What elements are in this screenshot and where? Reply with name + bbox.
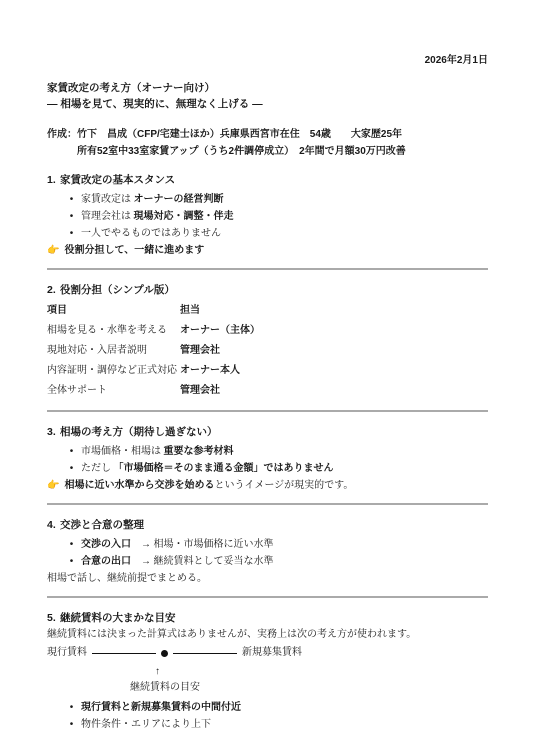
section-4-note: 相場で話し、継続前提でまとめる。 xyxy=(47,570,488,587)
role-table: 項目 担当 相場を見る・水準を考える オーナー（主体） 現地対応・入居者説明 管… xyxy=(47,301,488,401)
table-header-item: 項目 xyxy=(47,301,180,321)
section-title: 役割分担（シンプル版） xyxy=(60,284,175,296)
list-item-text: 交渉の入口 → 相場・市場価格に近い水準 xyxy=(77,536,274,553)
scale-caption: 継続賃料の目安 xyxy=(130,680,488,696)
bullet-marker: • xyxy=(66,225,77,242)
bullet-marker: • xyxy=(66,553,77,570)
section-title: 継続賃料の大まかな目安 xyxy=(60,612,176,624)
author-line-2: 所有52室中33室家賃アップ（うち2件調停成立） 2年間で月額30万円改善 xyxy=(47,143,488,160)
section-4-list: • 交渉の入口 → 相場・市場価格に近い水準 • 合意の出口 → 継続賃料として… xyxy=(47,536,488,570)
section-1-list: • 家賃改定は オーナーの経営判断 • 管理会社は 現場対応・調整・伴走 • 一… xyxy=(47,191,488,242)
list-item: • 一人でやるものではありません xyxy=(47,225,488,242)
table-header-owner: 担当 xyxy=(180,301,488,321)
pointing-finger-icon: 👉 xyxy=(47,480,59,491)
table-cell-owner: オーナー本人 xyxy=(180,361,488,381)
table-cell-item: 現地対応・入居者説明 xyxy=(47,341,180,361)
section-5-intro: 継続賃料には決まった計算式はありませんが、実務上は次の考え方が使われます。 xyxy=(47,626,488,643)
section-title: 交渉と合意の整理 xyxy=(60,519,144,531)
section-2-heading: 2.役割分担（シンプル版） xyxy=(47,282,488,298)
section-number: 5. xyxy=(47,610,60,626)
bullet-marker: • xyxy=(66,460,77,477)
pointer-note: 👉相場に近い水準から交渉を始めるというイメージが現実的です。 xyxy=(47,477,488,494)
list-item-text: 家賃改定は オーナーの経営判断 xyxy=(77,191,224,208)
scale-line-segment xyxy=(173,653,237,654)
section-divider xyxy=(47,268,488,270)
section-5-list: • 現行賃料と新規募集賃料の中間付近 • 物件条件・エリアにより上下 xyxy=(47,699,488,733)
section-title: 相場の考え方（期待し過ぎない） xyxy=(60,426,218,438)
pointer-note: 👉役割分担して、一緒に進めます xyxy=(47,242,488,259)
section-number: 2. xyxy=(47,282,60,298)
bullet-marker: • xyxy=(66,699,77,716)
section-number: 1. xyxy=(47,172,60,188)
scale-line-segment xyxy=(92,653,156,654)
author-line-1: 作成：竹下 昌成（CFP/宅建士ほか）兵庫県西宮市在住 54歳 大家歴25年 xyxy=(47,126,488,143)
section-3-list: • 市場価格・相場は 重要な参考材料 • ただし 「市場価格＝そのまま通る金額」… xyxy=(47,443,488,477)
bullet-marker: • xyxy=(66,208,77,225)
list-item-text: 市場価格・相場は 重要な参考材料 xyxy=(77,443,234,460)
section-number: 3. xyxy=(47,424,60,440)
list-item: • 現行賃料と新規募集賃料の中間付近 xyxy=(47,699,488,716)
table-cell-owner: 管理会社 xyxy=(180,341,488,361)
document-page: 2026年2月1日 家賃改定の考え方（オーナー向け） ― 相場を見て、現実的に、… xyxy=(0,0,535,751)
list-item-text: 管理会社は 現場対応・調整・伴走 xyxy=(77,208,234,225)
scale-left-label: 現行賃料 xyxy=(47,644,87,662)
list-item: • 家賃改定は オーナーの経営判断 xyxy=(47,191,488,208)
section-divider xyxy=(47,410,488,412)
rent-scale-diagram: 現行賃料 新規募集賃料 xyxy=(47,644,488,662)
bullet-marker: • xyxy=(66,536,77,553)
list-item-text: 物件条件・エリアにより上下 xyxy=(77,716,211,733)
list-item-text: 一人でやるものではありません xyxy=(77,225,221,242)
table-cell-owner: 管理会社 xyxy=(180,381,488,401)
scale-right-label: 新規募集賃料 xyxy=(242,644,302,662)
section-5-heading: 5.継続賃料の大まかな目安 xyxy=(47,610,488,626)
bullet-marker: • xyxy=(66,716,77,733)
pointing-finger-icon: 👉 xyxy=(47,245,59,256)
list-item: • 物件条件・エリアにより上下 xyxy=(47,716,488,733)
bullet-marker: • xyxy=(66,443,77,460)
list-item: • 市場価格・相場は 重要な参考材料 xyxy=(47,443,488,460)
table-cell-item: 全体サポート xyxy=(47,381,180,401)
page-title: 家賃改定の考え方（オーナー向け） xyxy=(47,80,488,96)
section-1-heading: 1.家賃改定の基本スタンス xyxy=(47,172,488,188)
list-item: • 合意の出口 → 継続賃料として妥当な水準 xyxy=(47,553,488,570)
section-divider xyxy=(47,503,488,505)
section-number: 4. xyxy=(47,517,60,533)
scale-midpoint-dot xyxy=(161,650,168,657)
arrow-up-icon: ↑ xyxy=(155,664,488,679)
section-title: 家賃改定の基本スタンス xyxy=(60,174,175,186)
page-subtitle: ― 相場を見て、現実的に、無理なく上げる ― xyxy=(47,96,488,112)
section-3-heading: 3.相場の考え方（期待し過ぎない） xyxy=(47,424,488,440)
section-4-heading: 4.交渉と合意の整理 xyxy=(47,517,488,533)
list-item-text: 現行賃料と新規募集賃料の中間付近 xyxy=(77,699,241,716)
list-item: • ただし 「市場価格＝そのまま通る金額」ではありません xyxy=(47,460,488,477)
table-cell-item: 相場を見る・水準を考える xyxy=(47,321,180,341)
list-item-text: 合意の出口 → 継続賃料として妥当な水準 xyxy=(77,553,274,570)
section-divider xyxy=(47,596,488,598)
list-item: • 管理会社は 現場対応・調整・伴走 xyxy=(47,208,488,225)
document-date: 2026年2月1日 xyxy=(47,54,488,68)
table-cell-owner: オーナー（主体） xyxy=(180,321,488,341)
table-cell-item: 内容証明・調停など正式対応 xyxy=(47,361,180,381)
bullet-marker: • xyxy=(66,191,77,208)
list-item: • 交渉の入口 → 相場・市場価格に近い水準 xyxy=(47,536,488,553)
list-item-text: ただし 「市場価格＝そのまま通る金額」ではありません xyxy=(77,460,334,477)
author-block: 作成：竹下 昌成（CFP/宅建士ほか）兵庫県西宮市在住 54歳 大家歴25年 所… xyxy=(47,126,488,160)
